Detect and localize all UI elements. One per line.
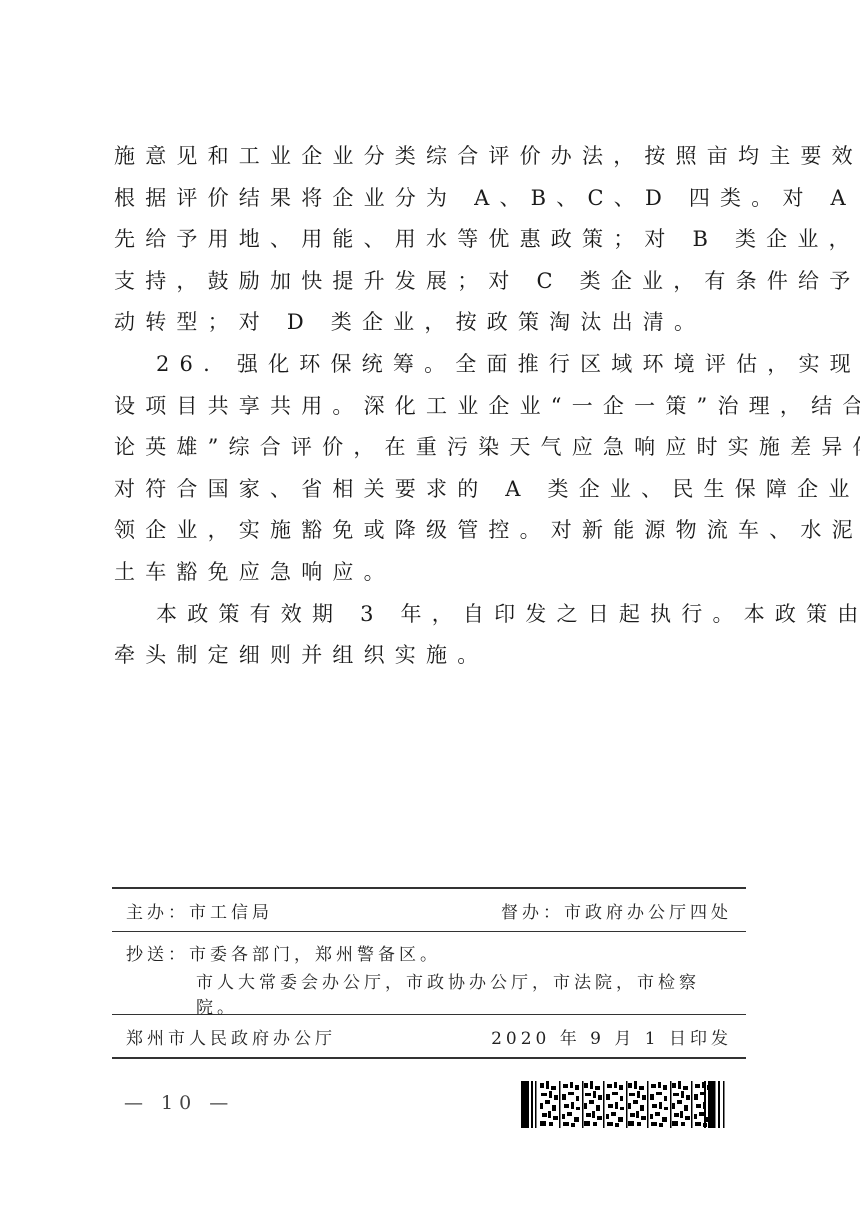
barcode-icon	[521, 1081, 727, 1128]
text-line: 先给予用地、用能、用水等优惠政策；对 B 类企业，给予正常	[114, 219, 746, 261]
host-row: 主办：市工信局 督办：市政府办公厅四处	[112, 889, 746, 931]
text-line: 领企业，实施豁免或降级管控。对新能源物流车、水泥罐车、渣	[114, 510, 746, 552]
page-number: — 10 —	[124, 1092, 234, 1114]
divider	[112, 1057, 746, 1059]
supervising-office: 督办：市政府办公厅四处	[501, 898, 732, 923]
host-office: 主办：市工信局	[126, 898, 273, 923]
cc-recipients-continued: 市人大常委会办公厅，市政协办公厅，市法院，市检察院。	[196, 968, 732, 1018]
document-page: 施意见和工业企业分类综合评价办法，按照亩均主要效益指标， 根据评价结果将企业分为…	[0, 0, 860, 1215]
text-line: 动转型；对 D 类企业，按政策淘汰出清。	[114, 302, 746, 344]
text-line: 根据评价结果将企业分为 A、B、C、D 四类。对 A 类企业，优	[114, 178, 746, 220]
text-line: 支持，鼓励加快提升发展；对 C 类企业，有条件给予支持，推	[114, 261, 746, 303]
body-text: 施意见和工业企业分类综合评价办法，按照亩均主要效益指标， 根据评价结果将企业分为…	[114, 136, 746, 677]
issuer: 郑州市人民政府办公厅	[126, 1024, 336, 1049]
text-line: 施意见和工业企业分类综合评价办法，按照亩均主要效益指标，	[114, 136, 746, 178]
document-footer: 主办：市工信局 督办：市政府办公厅四处 抄送：市委各部门，郑州警备区。 市人大常…	[112, 887, 746, 1059]
paragraph-1: 施意见和工业企业分类综合评价办法，按照亩均主要效益指标， 根据评价结果将企业分为…	[114, 136, 746, 344]
paragraph-3: 本政策有效期 3 年，自印发之日起执行。本政策由市工信局 牵头制定细则并组织实施…	[114, 594, 746, 677]
issuer-row: 郑州市人民政府办公厅 2020 年 9 月 1 日印发	[112, 1015, 746, 1057]
cc-row: 抄送：市委各部门，郑州警备区。	[112, 932, 746, 972]
text-line: 26. 强化环保统筹。全面推行区域环境评估，实现区域内建	[114, 344, 746, 386]
text-line: 对符合国家、省相关要求的 A 类企业、民生保障企业和绿色引	[114, 469, 746, 511]
cc-recipients: 抄送：市委各部门，郑州警备区。	[126, 940, 441, 965]
cc-row-continued: 市人大常委会办公厅，市政协办公厅，市法院，市检察院。	[112, 972, 746, 1014]
text-line: 本政策有效期 3 年，自印发之日起执行。本政策由市工信局	[114, 594, 746, 636]
paragraph-2: 26. 强化环保统筹。全面推行区域环境评估，实现区域内建 设项目共享共用。深化工…	[114, 344, 746, 594]
text-line: 土车豁免应急响应。	[114, 552, 746, 594]
text-line: 论英雄”综合评价，在重污染天气应急响应时实施差异化管理，	[114, 427, 746, 469]
text-line: 设项目共享共用。深化工业企业“一企一策”治理，结合“亩均	[114, 386, 746, 428]
text-line: 牵头制定细则并组织实施。	[114, 635, 746, 677]
issue-date: 2020 年 9 月 1 日印发	[491, 1024, 732, 1049]
